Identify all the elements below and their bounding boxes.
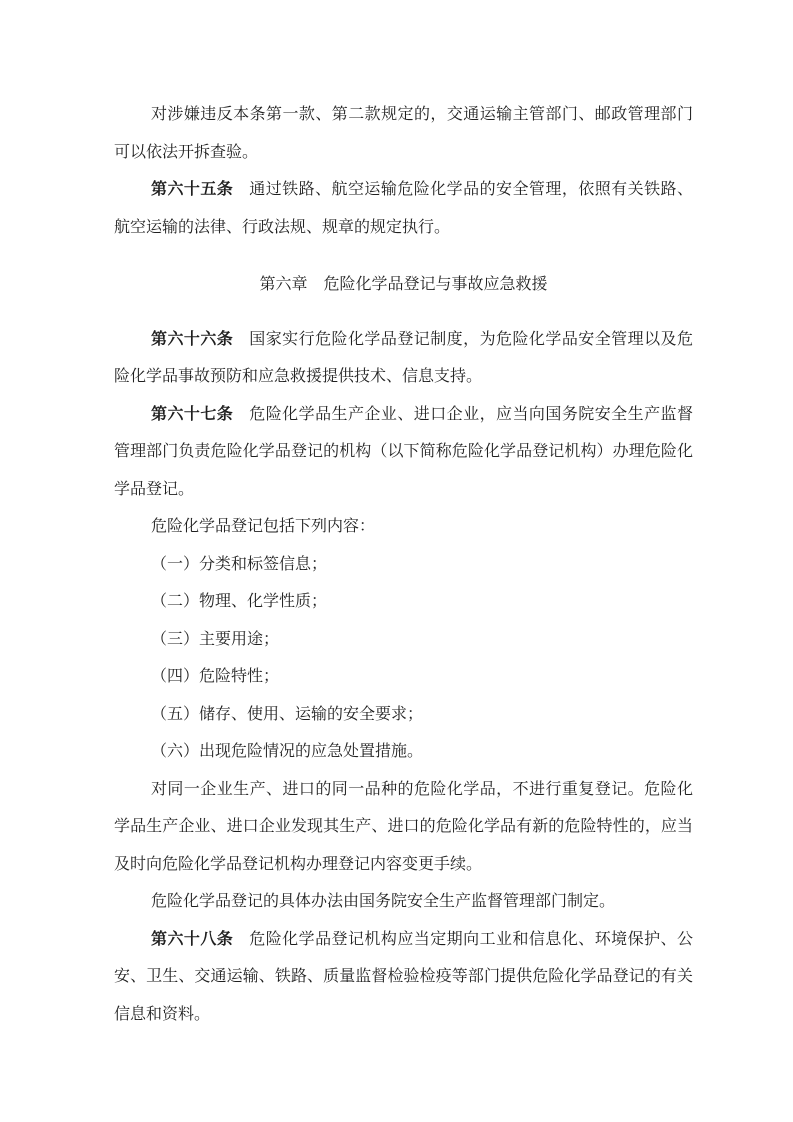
list-item-6: （六）出现危险情况的应急处置措施。	[114, 733, 693, 771]
list-item-5: （五）储存、使用、运输的安全要求；	[114, 696, 693, 734]
chapter-heading: 第六章危险化学品登记与事故应急救援	[114, 266, 693, 304]
paragraph-registration-intro: 危险化学品登记包括下列内容：	[114, 508, 693, 546]
list-item-2: （二）物理、化学性质；	[114, 583, 693, 621]
chapter-title: 危险化学品登记与事故应急救援	[324, 276, 548, 293]
list-item-1: （一）分类和标签信息；	[114, 546, 693, 584]
article-68-number: 第六十八条	[151, 931, 233, 948]
article-68: 第六十八条危险化学品登记机构应当定期向工业和信息化、环境保护、公安、卫生、交通运…	[114, 921, 693, 1034]
document-page: 对涉嫌违反本条第一款、第二款规定的，交通运输主管部门、邮政管理部门可以依法开拆查…	[0, 0, 793, 1122]
article-66-number: 第六十六条	[151, 331, 233, 348]
paragraph-open-inspect: 对涉嫌违反本条第一款、第二款规定的，交通运输主管部门、邮政管理部门可以依法开拆查…	[114, 96, 693, 171]
list-item-3: （三）主要用途；	[114, 621, 693, 659]
article-67: 第六十七条危险化学品生产企业、进口企业，应当向国务院安全生产监督管理部门负责危险…	[114, 396, 693, 509]
paragraph-no-duplicate-registration: 对同一企业生产、进口的同一品种的危险化学品，不进行重复登记。危险化学品生产企业、…	[114, 771, 693, 884]
article-65: 第六十五条通过铁路、航空运输危险化学品的安全管理，依照有关铁路、航空运输的法律、…	[114, 171, 693, 246]
article-66: 第六十六条国家实行危险化学品登记制度，为危险化学品安全管理以及危险化学品事故预防…	[114, 321, 693, 396]
chapter-number: 第六章	[259, 276, 307, 293]
paragraph-registration-measures: 危险化学品登记的具体办法由国务院安全生产监督管理部门制定。	[114, 883, 693, 921]
article-67-number: 第六十七条	[151, 406, 233, 423]
list-item-4: （四）危险特性；	[114, 658, 693, 696]
article-65-number: 第六十五条	[151, 181, 233, 198]
